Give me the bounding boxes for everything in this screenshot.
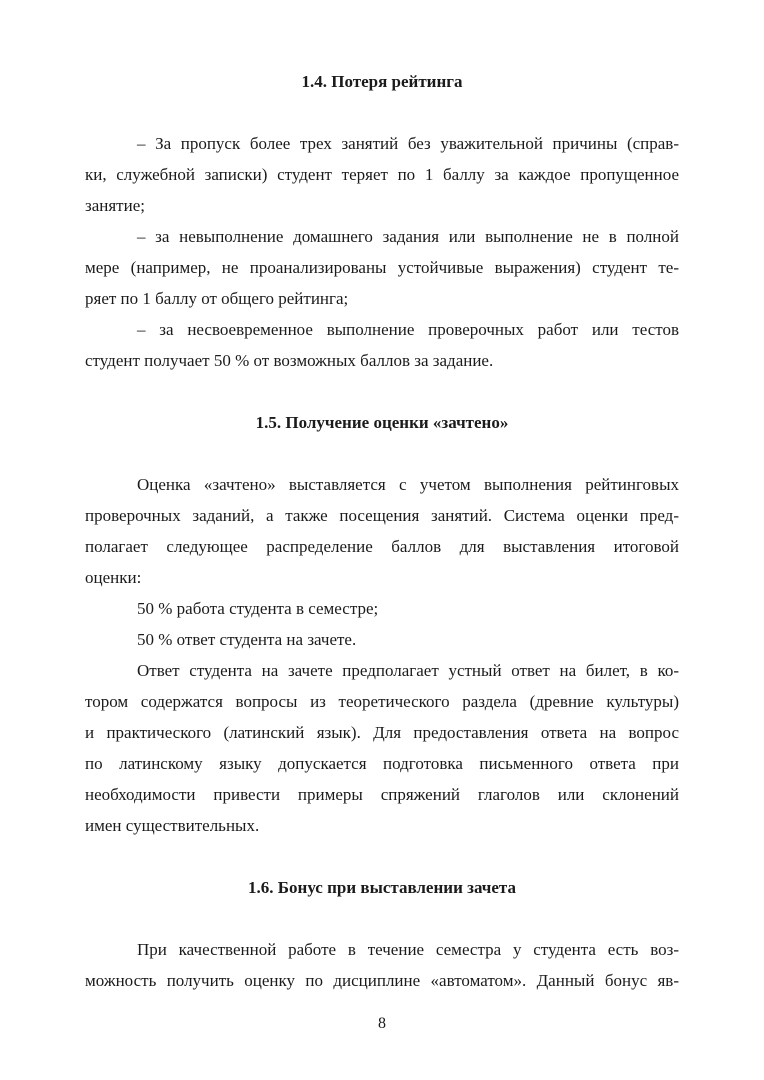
text-line: 50 % ответ студента на зачете. <box>85 624 679 655</box>
document-page: 1.4. Потеря рейтинга– За пропуск более т… <box>0 0 764 1080</box>
text-line: студент получает 50 % от возможных балло… <box>85 345 679 376</box>
paragraph: – за несвоевременное выполнение провероч… <box>85 314 679 376</box>
text-line: – за невыполнение домашнего задания или … <box>85 221 679 252</box>
text-line: и практического (латинский язык). Для пр… <box>85 717 679 748</box>
text-line: необходимости привести примеры спряжений… <box>85 779 679 810</box>
section-heading: 1.5. Получение оценки «зачтено» <box>85 407 679 438</box>
paragraph: При качественной работе в течение семест… <box>85 934 679 996</box>
text-line: – За пропуск более трех занятий без уваж… <box>85 128 679 159</box>
text-line: Ответ студента на зачете предполагает ус… <box>85 655 679 686</box>
text-line: имен существительных. <box>85 810 679 841</box>
text-line: проверочных заданий, а также посещения з… <box>85 500 679 531</box>
text-line: При качественной работе в течение семест… <box>85 934 679 965</box>
text-line: Оценка «зачтено» выставляется с учетом в… <box>85 469 679 500</box>
section-heading: 1.4. Потеря рейтинга <box>85 66 679 97</box>
text-line: ряет по 1 баллу от общего рейтинга; <box>85 283 679 314</box>
section-heading: 1.6. Бонус при выставлении зачета <box>85 872 679 903</box>
paragraph: 50 % ответ студента на зачете. <box>85 624 679 655</box>
paragraph: Ответ студента на зачете предполагает ус… <box>85 655 679 841</box>
text-line: 50 % работа студента в семестре; <box>85 593 679 624</box>
text-line: – за несвоевременное выполнение провероч… <box>85 314 679 345</box>
document-content: 1.4. Потеря рейтинга– За пропуск более т… <box>85 66 679 996</box>
text-line: можность получить оценку по дисциплине «… <box>85 965 679 996</box>
text-line: мере (например, не проанализированы усто… <box>85 252 679 283</box>
paragraph: Оценка «зачтено» выставляется с учетом в… <box>85 469 679 593</box>
text-line: тором содержатся вопросы из теоретическо… <box>85 686 679 717</box>
text-line: ки, служебной записки) студент теряет по… <box>85 159 679 190</box>
paragraph: – за невыполнение домашнего задания или … <box>85 221 679 314</box>
paragraph: 50 % работа студента в семестре; <box>85 593 679 624</box>
paragraph: – За пропуск более трех занятий без уваж… <box>85 128 679 221</box>
page-number: 8 <box>0 1014 764 1034</box>
text-line: по латинскому языку допускается подготов… <box>85 748 679 779</box>
text-line: оценки: <box>85 562 679 593</box>
text-line: полагает следующее распределение баллов … <box>85 531 679 562</box>
text-line: занятие; <box>85 190 679 221</box>
